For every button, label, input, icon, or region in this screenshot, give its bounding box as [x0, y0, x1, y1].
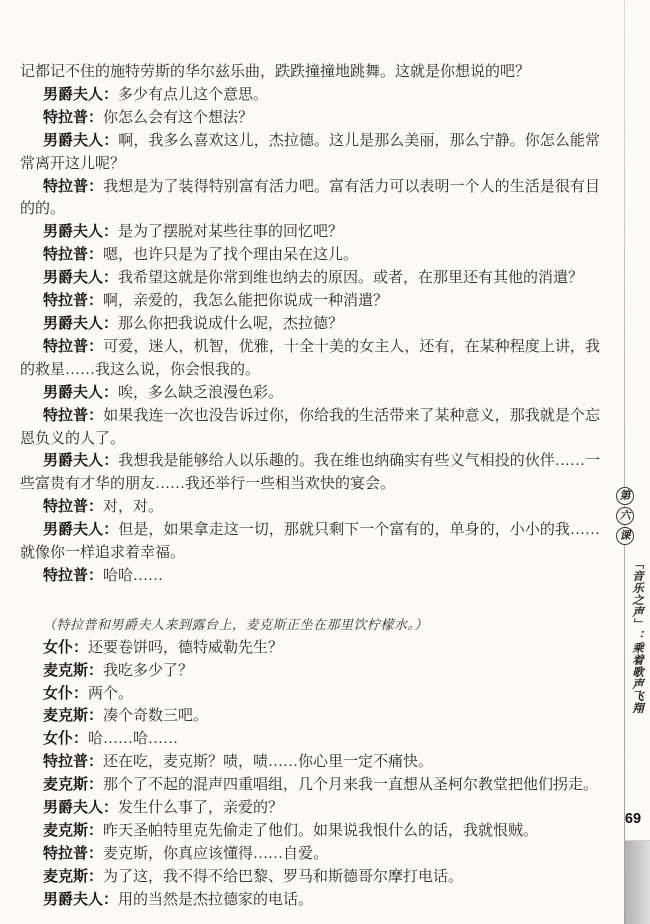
- speech-text: 哈……哈……: [88, 731, 178, 747]
- dialogue-line: 女仆：两个。: [20, 683, 600, 706]
- book-page: { "colors": { "page_background": "#fbfaf…: [0, 0, 650, 924]
- dialogue-line: 特拉普：对，对。: [20, 496, 600, 519]
- speech-text: 多少有点儿这个意思。: [118, 87, 268, 103]
- dialogue-line: 特拉普：嗯，也许只是为了找个理由呆在这儿。: [20, 244, 600, 267]
- speaker-name: 男爵夫人：: [43, 452, 118, 469]
- dialogue-line: 男爵夫人：那么你把我说成什么呢，杰拉德？: [20, 313, 600, 336]
- speech-text: 两个。: [88, 686, 133, 702]
- page-number: 69: [618, 811, 648, 827]
- dialogue-line: 男爵夫人：是为了摆脱对某些往事的回忆吧？: [20, 221, 600, 244]
- speaker-name: 女仆：: [43, 685, 88, 702]
- speaker-name: 麦克斯：: [43, 822, 103, 839]
- chapter-title-vertical: 「音乐之声」：乘着歌声飞翔: [627, 558, 647, 730]
- speech-text: 我想是为了装得特别富有活力吧。富有活力可以表明一个人的生活是很有目的的。: [20, 179, 600, 218]
- dialogue-scene-2: 女仆：还要卷饼吗，德特威勒先生？麦克斯：我吃多少了？女仆：两个。麦克斯：凑个奇数…: [20, 637, 600, 912]
- speaker-name: 特拉普：: [43, 338, 103, 355]
- speaker-name: 特拉普：: [43, 498, 103, 515]
- speech-text: 你怎么会有这个想法？: [103, 110, 253, 126]
- speech-text: 如果我连一次也没告诉过你，你给我的生活带来了某种意义，那我就是个忘恩负义的人了。: [20, 408, 600, 447]
- speech-text: 嗯，也许只是为了找个理由呆在这儿。: [103, 247, 358, 263]
- dialogue-line: 特拉普：麦克斯，你真应该懂得……自爱。: [20, 843, 600, 866]
- speaker-name: 男爵夫人：: [43, 269, 118, 286]
- speech-text: 啊，亲爱的，我怎么能把你说成一种消遣？: [103, 293, 388, 309]
- dialogue-line: 特拉普：啊，亲爱的，我怎么能把你说成一种消遣？: [20, 290, 600, 313]
- speaker-name: 男爵夫人：: [43, 891, 118, 908]
- dialogue-line: 女仆：还要卷饼吗，德特威勒先生？: [20, 637, 600, 660]
- dialogue-line: 麦克斯：为了这，我不得不给巴黎、罗马和斯德哥尔摩打电话。: [20, 866, 600, 889]
- speaker-name: 特拉普：: [43, 246, 103, 263]
- speech-text: 为了这，我不得不给巴黎、罗马和斯德哥尔摩打电话。: [103, 869, 463, 885]
- speaker-name: 麦克斯：: [43, 868, 103, 885]
- speaker-name: 麦克斯：: [43, 707, 103, 724]
- speaker-name: 特拉普：: [43, 845, 103, 862]
- speaker-name: 男爵夫人：: [43, 384, 118, 401]
- speaker-name: 特拉普：: [43, 178, 103, 195]
- speaker-name: 男爵夫人：: [43, 315, 118, 332]
- dialogue-line: 特拉普：你怎么会有这个想法？: [20, 107, 600, 130]
- dialogue-scene-1: 男爵夫人：多少有点儿这个意思。特拉普：你怎么会有这个想法？男爵夫人：啊，我多么喜…: [20, 84, 600, 588]
- dialogue-line: 特拉普：还在吃，麦克斯？啧，啧……你心里一定不痛快。: [20, 751, 600, 774]
- dialogue-line: 男爵夫人：用的当然是杰拉德家的电话。: [20, 889, 600, 912]
- speaker-name: 男爵夫人：: [43, 799, 118, 816]
- speaker-name: 麦克斯：: [43, 662, 103, 679]
- sidebar-divider-line: [624, 0, 625, 924]
- speaker-name: 男爵夫人：: [43, 521, 118, 538]
- lesson-badge-char: 课: [616, 527, 634, 545]
- dialogue-line: 男爵夫人：唉，多么缺乏浪漫色彩。: [20, 382, 600, 405]
- dialogue-line: 麦克斯：我吃多少了？: [20, 660, 600, 683]
- speech-text: 那个了不起的混声四重唱组，几个月来我一直想从圣柯尔教堂把他们拐走。: [103, 777, 598, 793]
- speech-text: 我吃多少了？: [103, 663, 193, 679]
- speech-text: 是为了摆脱对某些往事的回忆吧？: [118, 224, 343, 240]
- dialogue-line: 特拉普：如果我连一次也没告诉过你，你给我的生活带来了某种意义，那我就是个忘恩负义…: [20, 405, 600, 451]
- speech-text: 发生什么事了，亲爱的？: [118, 800, 283, 816]
- speaker-name: 男爵夫人：: [43, 132, 118, 149]
- speaker-name: 女仆：: [43, 730, 88, 747]
- speaker-name: 特拉普：: [43, 109, 103, 126]
- dialogue-line: 男爵夫人：啊，我多么喜欢这儿，杰拉德。这儿是那么美丽，那么宁静。你怎么能常常离开…: [20, 130, 600, 176]
- dialogue-line: 麦克斯：凑个奇数三吧。: [20, 705, 600, 728]
- speaker-name: 特拉普：: [43, 753, 103, 770]
- continuation-paragraph: 记都记不住的施特劳斯的华尔兹乐曲，跌跌撞撞地跳舞。这就是你想说的吧？: [20, 61, 600, 84]
- lesson-badge-group: 第 六 课: [616, 487, 634, 547]
- lesson-badge-char: 第: [616, 487, 634, 505]
- speaker-name: 男爵夫人：: [43, 223, 118, 240]
- page-edge-shading: [625, 840, 650, 924]
- speech-text: 还在吃，麦克斯？啧，啧……你心里一定不痛快。: [103, 754, 433, 770]
- speaker-name: 特拉普：: [43, 567, 103, 584]
- dialogue-line: 男爵夫人：多少有点儿这个意思。: [20, 84, 600, 107]
- dialogue-line: 男爵夫人：我想我是能够给人以乐趣的。我在维也纳确实有些义气相投的伙伴……一些富贵…: [20, 450, 600, 496]
- speaker-name: 女仆：: [43, 639, 88, 656]
- dialogue-line: 特拉普：可爱，迷人，机智，优雅，十全十美的女主人，还有，在某种程度上讲，我的救星…: [20, 336, 600, 382]
- speech-text: 那么你把我说成什么呢，杰拉德？: [118, 316, 343, 332]
- speaker-name: 麦克斯：: [43, 776, 103, 793]
- dialogue-line: 女仆：哈……哈……: [20, 728, 600, 751]
- dialogue-line: 麦克斯：昨天圣帕特里克先偷走了他们。如果说我恨什么的话，我就恨贼。: [20, 820, 600, 843]
- speech-text: 唉，多么缺乏浪漫色彩。: [118, 385, 283, 401]
- dialogue-line: 男爵夫人：发生什么事了，亲爱的？: [20, 797, 600, 820]
- speech-text: 凑个奇数三吧。: [103, 708, 208, 724]
- dialogue-line: 特拉普：哈哈……: [20, 565, 600, 588]
- dialogue-text-area: 记都记不住的施特劳斯的华尔兹乐曲，跌跌撞撞地跳舞。这就是你想说的吧？ 男爵夫人：…: [20, 61, 600, 912]
- speech-text: 哈哈……: [103, 568, 163, 584]
- dialogue-line: 男爵夫人：但是，如果拿走这一切，那就只剩下一个富有的，单身的，小小的我……就像你…: [20, 519, 600, 565]
- dialogue-line: 男爵夫人：我希望这就是你常到维也纳去的原因。或者，在那里还有其他的消遣？: [20, 267, 600, 290]
- speech-text: 我希望这就是你常到维也纳去的原因。或者，在那里还有其他的消遣？: [118, 270, 583, 286]
- speech-text: 对，对。: [103, 499, 163, 515]
- dialogue-line: 麦克斯：那个了不起的混声四重唱组，几个月来我一直想从圣柯尔教堂把他们拐走。: [20, 774, 600, 797]
- speech-text: 用的当然是杰拉德家的电话。: [118, 892, 313, 908]
- speech-text: 麦克斯，你真应该懂得……自爱。: [103, 846, 328, 862]
- stage-direction: （特拉普和男爵夫人来到露台上，麦克斯正坐在那里饮柠檬水。）: [20, 614, 600, 637]
- speaker-name: 男爵夫人：: [43, 86, 118, 103]
- lesson-badge-char: 六: [616, 507, 634, 525]
- speech-text: 可爱，迷人，机智，优雅，十全十美的女主人，还有，在某种程度上讲，我的救星……我这…: [20, 339, 600, 378]
- speech-text: 昨天圣帕特里克先偷走了他们。如果说我恨什么的话，我就恨贼。: [103, 823, 538, 839]
- speaker-name: 特拉普：: [43, 292, 103, 309]
- speaker-name: 特拉普：: [43, 407, 103, 424]
- dialogue-line: 特拉普：我想是为了装得特别富有活力吧。富有活力可以表明一个人的生活是很有目的的。: [20, 176, 600, 222]
- speech-text: 还要卷饼吗，德特威勒先生？: [88, 640, 283, 656]
